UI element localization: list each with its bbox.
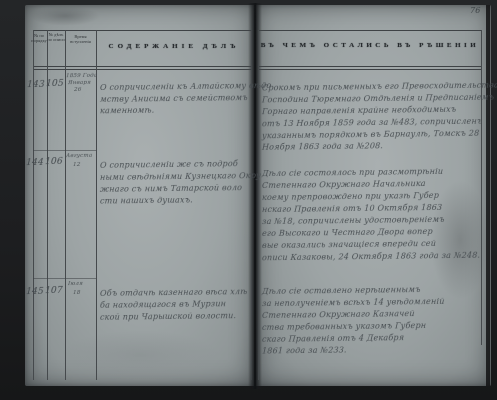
- case-summary-line: ба находящагося въ Мурзин: [100, 299, 227, 310]
- case-number: 106: [45, 157, 63, 167]
- row-separator: [33, 150, 96, 151]
- left-page-title: СОДЕРЖАНІЕ ДѢЛЪ: [96, 42, 252, 49]
- entry-date: 26: [74, 87, 82, 93]
- column-header-order: № по порядку: [31, 33, 47, 43]
- case-number: 107: [45, 286, 63, 296]
- case-summary-line: каменномѣ.: [100, 106, 155, 116]
- scanned-ledger-spread: № по порядку № дѣлъ по описи Время вступ…: [0, 0, 497, 400]
- entry-date: Августа: [66, 153, 93, 159]
- row-separator: [33, 278, 96, 279]
- case-summary-line: мству Анисима съ семействомъ: [100, 93, 248, 104]
- case-summary-line: жнаго съ нимъ Татарской воло: [100, 183, 243, 194]
- column-rule: [481, 30, 482, 345]
- entry-date: Января: [68, 80, 91, 86]
- entry-date: 1859 Года: [66, 73, 98, 79]
- case-summary-line: ской при Чарышской волости.: [100, 311, 237, 322]
- header-rule-a-right: [258, 66, 482, 67]
- order-number: 144: [26, 158, 44, 168]
- case-summary-line: сти нашихъ душахъ.: [100, 195, 193, 205]
- entry-date: 12: [73, 162, 81, 168]
- resolution-line: скаго Правленія отъ 4 Декабря: [262, 333, 405, 344]
- resolution-line: Ноября 1863 года за №208.: [262, 141, 384, 151]
- resolution-line: 1861 года за №233.: [262, 345, 347, 355]
- case-summary-line: О сопричисленіи же съ подроб: [100, 159, 238, 170]
- entry-date: 18: [73, 290, 81, 296]
- column-header-date: Время вступленія: [66, 34, 95, 44]
- resolution-line: Степеннаго Окружнаго Казначей: [262, 309, 415, 320]
- right-page-edge-shadow: [486, 5, 490, 386]
- column-rule: [65, 30, 66, 380]
- entry-date: Іюля: [68, 281, 83, 287]
- folio-number: 76: [470, 6, 481, 15]
- order-number: 143: [27, 80, 45, 90]
- case-summary-line: Объ отдачѣ казеннаго вѣса хлѣ: [100, 287, 248, 298]
- table-rule-top-right: [258, 30, 482, 31]
- order-number: 145: [26, 287, 44, 297]
- right-page-title: ВЪ ЧЕМЪ ОСТАЛИСЬ ВЪ РѢШЕНІИ: [258, 41, 482, 48]
- case-number: 105: [46, 79, 64, 89]
- header-rule-b-right: [258, 69, 482, 70]
- column-header-case: № дѣлъ по описи: [47, 32, 65, 42]
- column-rule: [96, 30, 97, 380]
